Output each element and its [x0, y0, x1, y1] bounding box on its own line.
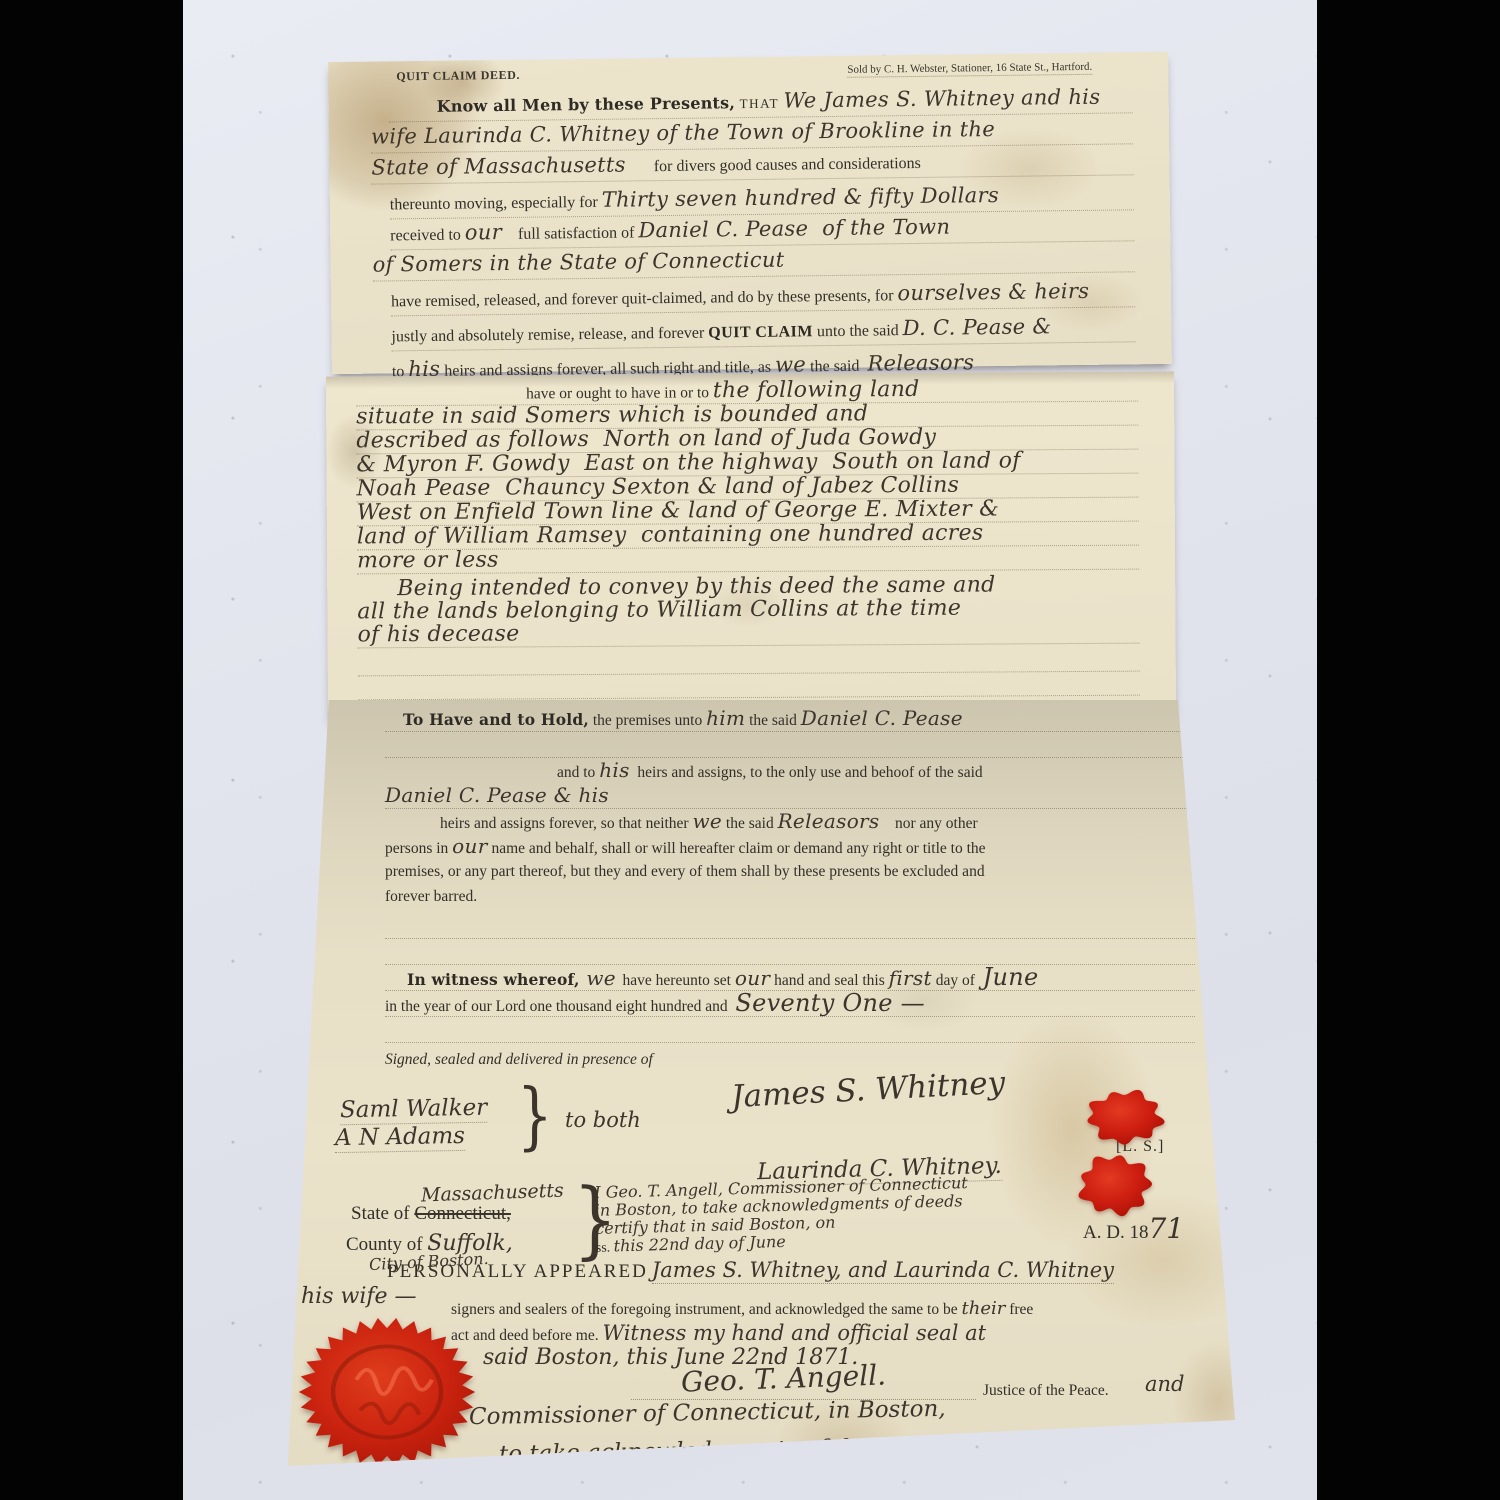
- deed-line: in the year of our Lord one thousand eig…: [385, 991, 1195, 1017]
- deed-line: [385, 939, 1195, 965]
- deed-line: more or less: [357, 546, 1139, 575]
- year-handwritten: 71: [1148, 1212, 1184, 1245]
- their-handwritten: their: [962, 1298, 1006, 1319]
- deed-line: justly and absolutely remise, release, a…: [391, 311, 1135, 351]
- boston-date-line: said Boston, this June 22nd 1871.: [483, 1345, 858, 1370]
- photo-stage: QUIT CLAIM DEED. Sold by C. H. Webster, …: [0, 0, 1500, 1500]
- wax-seal-james: [1081, 1086, 1169, 1148]
- deed-panel-middle: have or ought to have in or to the follo…: [326, 371, 1176, 720]
- notary-brace: }: [573, 1170, 618, 1268]
- deed-line: To Have and to Hold, the premises unto h…: [385, 706, 1195, 732]
- date-handwritten: this 22nd day of June: [613, 1232, 786, 1256]
- signature-rule: [631, 1398, 976, 1400]
- deed-line: premises, or any part thereof, but they …: [385, 859, 1195, 884]
- wax-seal-laurinda: [1073, 1150, 1157, 1220]
- commissioner-line: Commissioner of Connecticut, in Boston,: [469, 1396, 946, 1430]
- county-line: County of Suffolk,: [346, 1231, 513, 1256]
- grantor-signature-laurinda: Laurinda C. Whitney.: [757, 1153, 1002, 1187]
- ss-abbrev: ss.: [596, 1240, 614, 1255]
- form-title: QUIT CLAIM DEED.: [396, 68, 520, 85]
- acknowledgments-line: to take acknowledgments of deeds.: [499, 1434, 911, 1467]
- and-handwritten: and: [1145, 1372, 1185, 1396]
- deed-line: [385, 1017, 1195, 1043]
- photo-background: QUIT CLAIM DEED. Sold by C. H. Webster, …: [183, 0, 1317, 1500]
- notary-statement: I Geo. T. Angell, Commissioner of Connec…: [594, 1174, 969, 1258]
- struck-state-name: Connecticut,: [414, 1203, 511, 1224]
- anno-domini-line: A. D. 1871: [1083, 1212, 1184, 1245]
- deed-line: Signed, sealed and delivered in presence…: [385, 1047, 1195, 1072]
- deed-line: forever barred.: [385, 884, 1195, 909]
- his-wife-note: his wife —: [301, 1284, 417, 1309]
- deed-line: [385, 732, 1195, 758]
- notary-signature: Geo. T. Angell.: [680, 1358, 886, 1398]
- act-and-deed-line: act and deed before me. Witness my hand …: [451, 1321, 986, 1345]
- personally-appeared-line: PERSONALLY APPEARED James S. Whitney, an…: [387, 1258, 1114, 1283]
- deed-line: and to his heirs and assigns, to the onl…: [385, 758, 1195, 783]
- deed-panel-top: QUIT CLAIM DEED. Sold by C. H. Webster, …: [328, 52, 1172, 374]
- deed-line: have remised, released, and forever quit…: [391, 276, 1135, 316]
- witness-signature-2: A N Adams: [335, 1123, 465, 1153]
- deed-body-middle: have or ought to have in or to the follo…: [356, 378, 1140, 725]
- witness-note: to both: [565, 1108, 641, 1132]
- notary-embossed-seal: [297, 1316, 477, 1468]
- city-handwritten: City of Boston.: [369, 1249, 489, 1274]
- deed-line: persons in our name and behalf, shall or…: [385, 834, 1195, 859]
- witness-signature-1: Saml Walker: [340, 1095, 488, 1126]
- state-of-line: State of Connecticut,: [351, 1203, 511, 1225]
- deed-body-bottom: To Have and to Hold, the premises unto h…: [385, 706, 1195, 1072]
- county-handwritten: Suffolk,: [427, 1231, 512, 1256]
- justice-of-peace-label: Justice of the Peace.: [983, 1382, 1109, 1400]
- letterbox-left: [0, 0, 183, 1500]
- deed-body-top: Know all Men by these Presents, THAT We …: [388, 82, 1136, 386]
- letterbox-right: [1317, 0, 1500, 1500]
- deed-panel-bottom: To Have and to Hold, the premises unto h…: [283, 700, 1235, 1466]
- locus-sigilli-label: [L. S.]: [1116, 1138, 1164, 1156]
- witness-hand-seal: Witness my hand and official seal at: [602, 1321, 986, 1345]
- appeared-names: James S. Whitney, and Laurinda C. Whitne…: [652, 1258, 1114, 1284]
- deed-line: of his decease: [357, 620, 1139, 649]
- deed-line: In witness whereof, we have hereunto set…: [385, 965, 1195, 991]
- deed-line: Daniel C. Pease & his: [385, 783, 1195, 809]
- witness-brace: }: [517, 1074, 553, 1159]
- grantor-signature-james: James S. Whitney: [730, 1065, 1006, 1115]
- signers-sealers-line: signers and sealers of the foregoing ins…: [451, 1298, 1033, 1319]
- stationer-imprint: Sold by C. H. Webster, Stationer, 16 Sta…: [847, 61, 1092, 78]
- deed-line: heirs and assigns forever, so that neith…: [385, 809, 1195, 834]
- deed-line: [385, 913, 1195, 939]
- state-handwritten-correction: Massachusetts: [421, 1180, 564, 1207]
